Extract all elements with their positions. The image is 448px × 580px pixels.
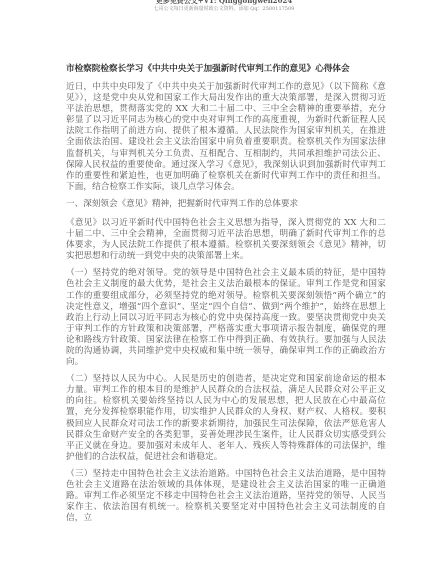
section1-intro-paragraph: 《意见》以习近平新时代中国特色社会主义思想为指导，深入贯彻党的 XX 大和二十届… <box>66 218 386 262</box>
header-subtitle-line: 七哥公文每日更新海量时政公文资料，添加 Qq：2500117509 <box>0 5 448 13</box>
document-body: 市检察院检察长学习《中共中央关于加强新时代审判工作的意见》心得体会 近日，中共中… <box>66 63 386 530</box>
point-3-paragraph: （三）坚持走中国特色社会主义法治道路。中国特色社会主义法治道路，是中国特色社会主… <box>66 469 386 524</box>
section-heading-1: 一、深刻领会《意见》精神，把握新时代审判工作的总体要求 <box>66 199 386 210</box>
page-header: 更多免费公文+V1: Qinggongwen2024 七哥公文每日更新海量时政公… <box>0 0 448 13</box>
document-title: 市检察院检察长学习《中共中央关于加强新时代审判工作的意见》心得体会 <box>66 63 386 75</box>
point-1-paragraph: （一）坚持党的绝对领导。党的领导是中国特色社会主义最本质的特征，是中国特色社会主… <box>66 268 386 368</box>
point-2-paragraph: （二）坚持以人民为中心。人民是历史的创造者，是决定党和国家前途命运的根本力量。审… <box>66 374 386 463</box>
intro-paragraph: 近日，中共中央印发了《中共中央关于加强新时代审判工作的意见》（以下简称《意见》）… <box>66 82 386 193</box>
